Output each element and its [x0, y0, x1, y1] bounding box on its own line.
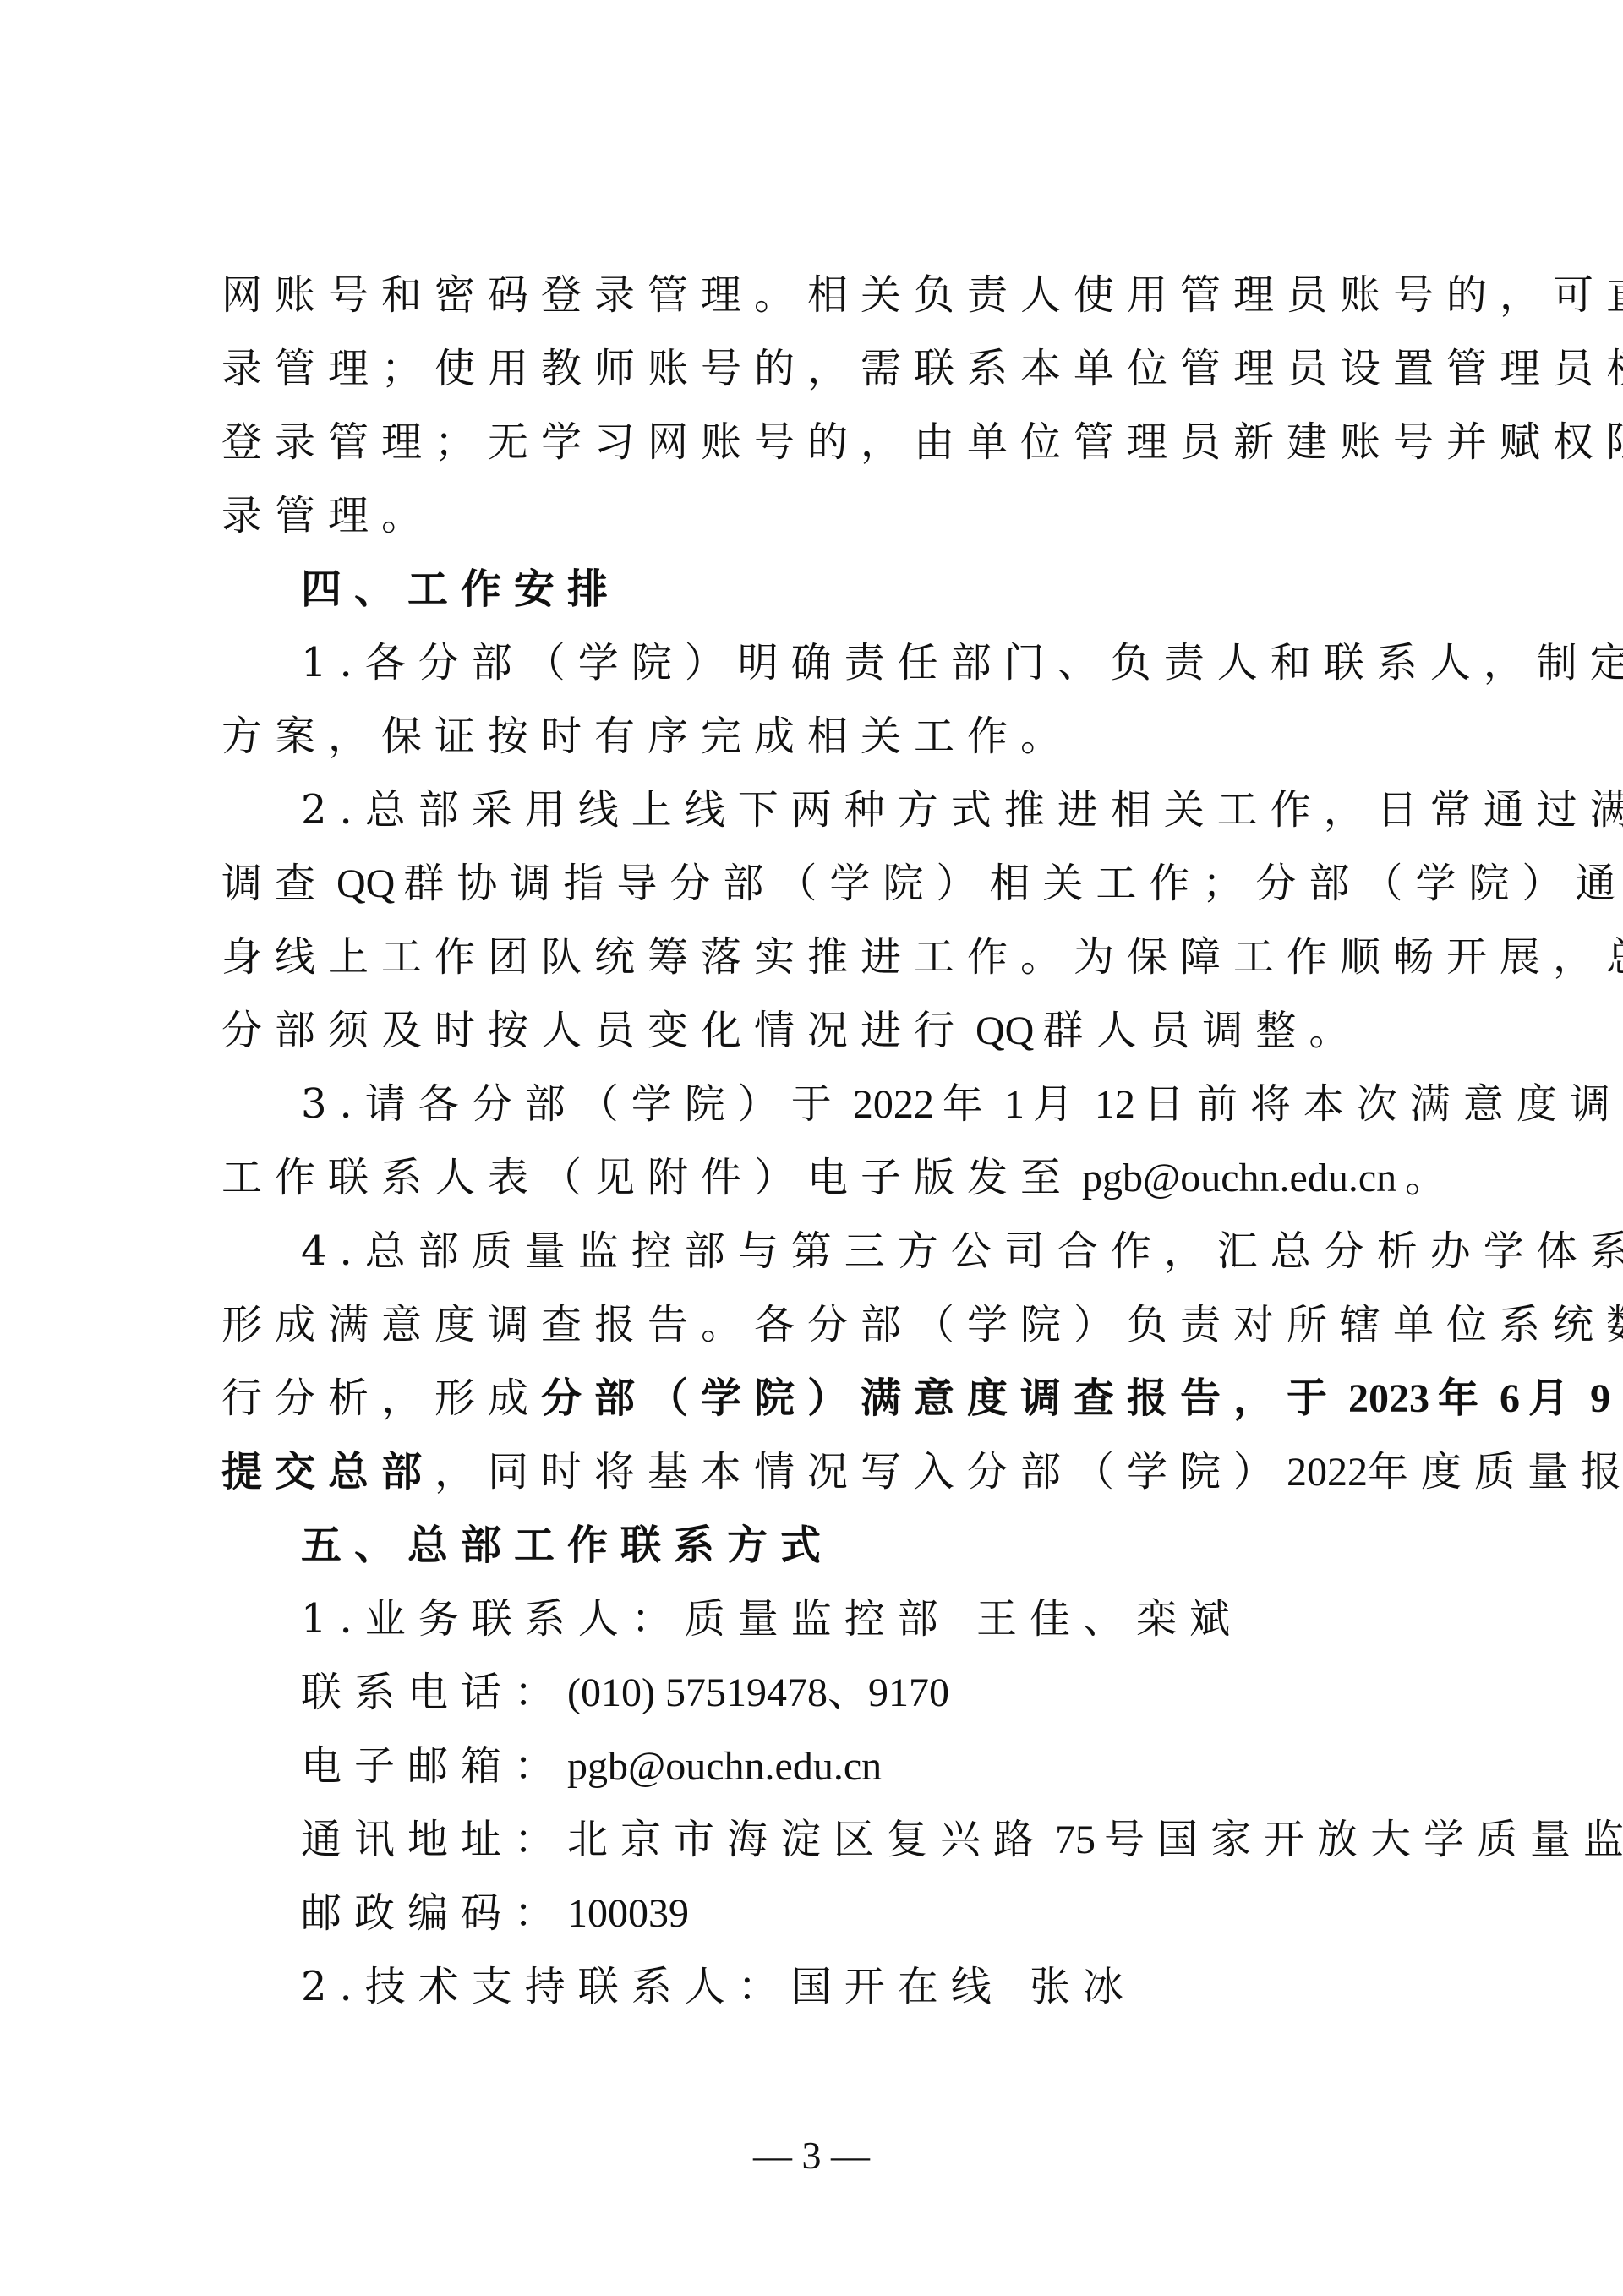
text: 群协调指导分部（学院）相关工作；分部（学院）通过自 — [403, 860, 1623, 907]
text: 月 — [1033, 1080, 1086, 1128]
item-4-line: 形成满意度调查报告。各分部（学院）负责对所辖单位系统数据进 — [221, 1288, 1408, 1362]
year: 2022 — [844, 1082, 943, 1127]
paragraph-line: 登录管理；无学习网账号的，由单位管理员新建账号并赋权限后登 — [221, 406, 1408, 479]
text: 分部须及时按人员变化情况进行 — [221, 1007, 967, 1054]
text: 号国家开放大学质量监控部 — [1104, 1816, 1623, 1863]
item-3-line: 工作联系人表（见附件）电子版发至pgb@ouchn.edu.cn。 — [221, 1141, 1408, 1215]
text: 。 — [1405, 1154, 1458, 1201]
item-1-line: 方案，保证按时有序完成相关工作。 — [221, 700, 1408, 774]
section-heading-work-arrangement: 四、工作安排 — [221, 553, 1408, 626]
text: 群人员调整。 — [1042, 1007, 1362, 1054]
text: 年度质量报告。 — [1368, 1448, 1623, 1495]
bold-text: 日前 — [1619, 1375, 1623, 1422]
text: ，同时将基本情况写入分部（学院） — [434, 1448, 1287, 1495]
paragraph-line: 录管理；使用教师账号的，需联系本单位管理员设置管理员权限后 — [221, 332, 1408, 406]
month: 1 — [996, 1082, 1033, 1127]
item-3-line: 3.请各分部（学院）于2022年1月12日前将本次满意度调查 — [221, 1068, 1408, 1141]
item-4-line: 4.总部质量监控部与第三方公司合作，汇总分析办学体系数据， — [221, 1215, 1408, 1288]
paragraph-line: 网账号和密码登录管理。相关负责人使用管理员账号的，可直接登 — [221, 259, 1408, 332]
item-4-line: 提交总部，同时将基本情况写入分部（学院）2022年度质量报告。 — [221, 1435, 1408, 1509]
item-2-line: 分部须及时按人员变化情况进行QQ群人员调整。 — [221, 994, 1408, 1068]
bold-text: 分部（学院）满意度调查报告，于 — [541, 1375, 1340, 1422]
text: 年 — [943, 1080, 996, 1128]
deadline-month: 6 — [1491, 1376, 1528, 1421]
business-contact: 1.业务联系人：质量监控部 王佳、栾斌 — [221, 1583, 1408, 1656]
text: 日前将本次满意度调查 — [1144, 1080, 1623, 1128]
text: 北京市海淀区复兴路 — [567, 1816, 1046, 1863]
address-number: 75 — [1046, 1818, 1104, 1862]
address-line: 通讯地址：北京市海淀区复兴路75号国家开放大学质量监控部 — [221, 1803, 1408, 1877]
bold-text: 提交总部 — [221, 1448, 434, 1495]
item-2-line: 调查QQ群协调指导分部（学院）相关工作；分部（学院）通过自 — [221, 847, 1408, 921]
deadline-day: 9 — [1582, 1376, 1619, 1421]
postcode-line: 邮政编码：100039 — [221, 1877, 1408, 1950]
text: 调查 — [221, 860, 328, 907]
text: 3.请各分部（学院）于 — [301, 1080, 844, 1128]
item-2-line: 身线上工作团队统筹落实推进工作。为保障工作顺畅开展，总部、 — [221, 921, 1408, 994]
tech-contact: 2.技术支持联系人：国开在线 张冰 — [221, 1950, 1408, 2024]
email-label: 电子邮箱： — [301, 1742, 567, 1790]
qq-text: QQ — [328, 861, 403, 906]
qq-text: QQ — [967, 1009, 1042, 1053]
paragraph-line: 录管理。 — [221, 479, 1408, 553]
phone-line: 联系电话：(010) 57519478、9170 — [221, 1656, 1408, 1730]
item-1-line: 1.各分部（学院）明确责任部门、负责人和联系人，制定工作 — [221, 626, 1408, 700]
phone-label: 联系电话： — [301, 1669, 567, 1716]
page-number: — 3 — — [0, 2130, 1623, 2181]
address-label: 通讯地址： — [301, 1816, 567, 1863]
bold-text: 月 — [1528, 1375, 1582, 1422]
bold-text: 年 — [1438, 1375, 1491, 1422]
email-link[interactable]: pgb@ouchn.edu.cn — [1074, 1156, 1405, 1200]
postcode-value: 100039 — [567, 1891, 689, 1936]
section-heading-contact: 五、总部工作联系方式 — [221, 1509, 1408, 1583]
postcode-label: 邮政编码： — [301, 1889, 567, 1937]
text: 行分析，形成 — [221, 1375, 541, 1422]
item-2-line: 2.总部采用线上线下两种方式推进相关工作，日常通过满意度 — [221, 774, 1408, 847]
deadline-year: 2023 — [1340, 1376, 1438, 1421]
document-page: 网账号和密码登录管理。相关负责人使用管理员账号的，可直接登 录管理；使用教师账号… — [221, 259, 1408, 2024]
email-link[interactable]: pgb@ouchn.edu.cn — [567, 1744, 882, 1789]
phone-value: (010) 57519478、9170 — [567, 1670, 949, 1715]
text: 工作联系人表（见附件）电子版发至 — [221, 1154, 1074, 1201]
item-4-line: 行分析，形成分部（学院）满意度调查报告，于2023年6月9日前 — [221, 1362, 1408, 1435]
day: 12 — [1086, 1082, 1144, 1127]
year: 2022 — [1287, 1450, 1368, 1495]
email-line: 电子邮箱：pgb@ouchn.edu.cn — [221, 1730, 1408, 1803]
